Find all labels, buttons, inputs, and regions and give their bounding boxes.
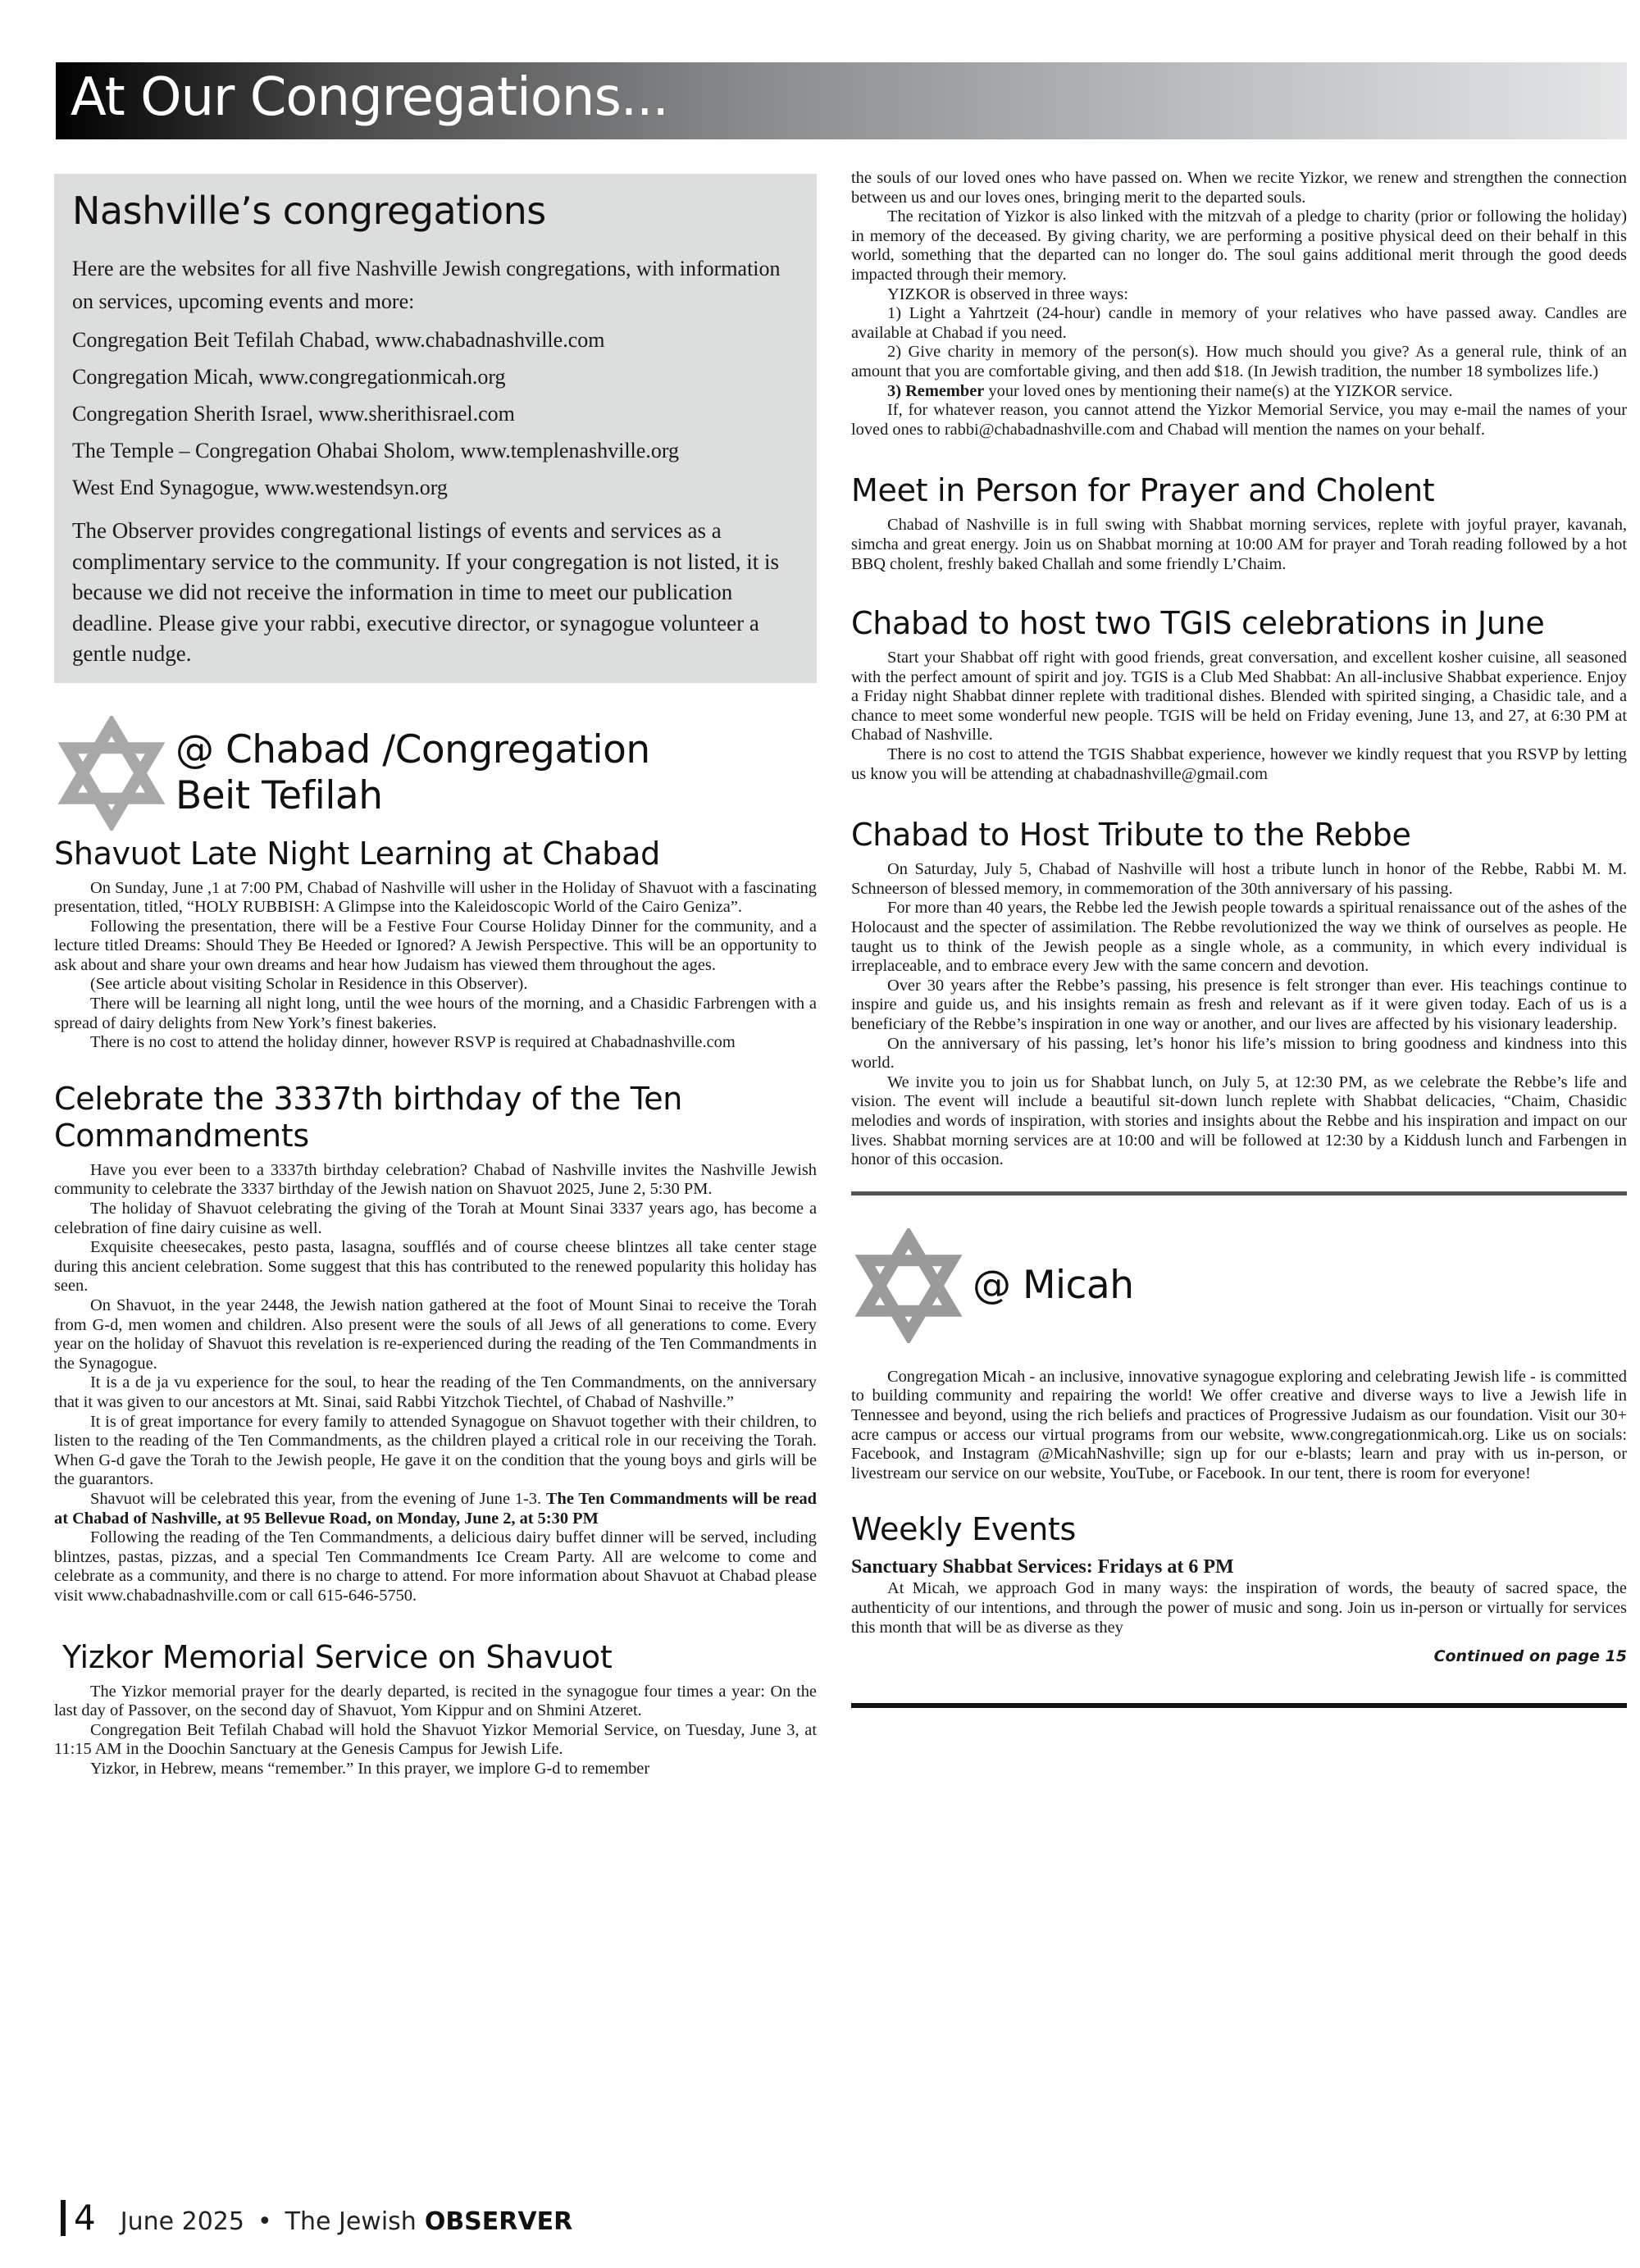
- paragraph: Yizkor, in Hebrew, means “remember.” In …: [54, 1760, 817, 1779]
- article-yizkor: Yizkor Memorial Service on Shavuot The Y…: [54, 1639, 817, 1779]
- micah-intro: Congregation Micah - an inclusive, innov…: [851, 1368, 1627, 1484]
- paragraph-text: your loved ones by mentioning their name…: [984, 382, 1452, 400]
- paragraph: 2) Give charity in memory of the person(…: [851, 343, 1627, 381]
- star-of-david-icon: [851, 1228, 966, 1343]
- paragraph: It is a de ja vu experience for the soul…: [54, 1373, 817, 1412]
- issue-date: June 2025: [121, 2207, 244, 2236]
- paragraph: Over 30 years after the Rebbe’s passing,…: [851, 977, 1627, 1035]
- chabad-section-title: @ Chabad /Congregation Beit Tefilah: [175, 727, 650, 819]
- footer-separator: •: [257, 2207, 272, 2236]
- paragraph: Following the presentation, there will b…: [54, 918, 817, 976]
- paragraph: We invite you to join us for Shabbat lun…: [851, 1073, 1627, 1170]
- sidebar-note: The Observer provides congregational lis…: [72, 516, 800, 670]
- paragraph: Following the reading of the Ten Command…: [54, 1528, 817, 1605]
- micah-weekly-events: Weekly Events Sanctuary Shabbat Services…: [851, 1511, 1627, 1665]
- micah-section-header: @ Micah: [851, 1228, 1627, 1343]
- article-body: On Saturday, July 5, Chabad of Nashville…: [851, 860, 1627, 1170]
- star-of-david-icon: [54, 716, 169, 831]
- page-number: 4: [74, 2197, 96, 2238]
- article-title: Yizkor Memorial Service on Shavuot: [54, 1639, 817, 1676]
- paragraph: YIZKOR is observed in three ways:: [851, 285, 1627, 305]
- bottom-divider: [851, 1703, 1627, 1708]
- paragraph: Have you ever been to a 3337th birthday …: [54, 1161, 817, 1200]
- paragraph: For more than 40 years, the Rebbe led th…: [851, 899, 1627, 976]
- congregation-item[interactable]: Congregation Beit Tefilah Chabad, www.ch…: [72, 321, 800, 358]
- article-body: At Micah, we approach God in many ways: …: [851, 1579, 1627, 1637]
- paragraph: If, for whatever reason, you cannot atte…: [851, 401, 1627, 439]
- paragraph: Congregation Micah - an inclusive, innov…: [851, 1368, 1627, 1484]
- paragraph: The holiday of Shavuot celebrating the g…: [54, 1200, 817, 1238]
- article-title: Chabad to host two TGIS celebrations in …: [851, 605, 1627, 642]
- congregation-item[interactable]: West End Synagogue, www.westendsyn.org: [72, 469, 800, 506]
- paragraph: Chabad of Nashville is in full swing wit…: [851, 516, 1627, 574]
- page-footer: 4 June 2025 • The Jewish OBSERVER: [61, 2197, 572, 2238]
- paragraph: 3) Remember your loved ones by mentionin…: [851, 382, 1627, 402]
- paragraph: There is no cost to attend the TGIS Shab…: [851, 745, 1627, 784]
- sidebar-intro: Here are the websites for all five Nashv…: [72, 253, 800, 318]
- article-body: Congregation Micah - an inclusive, innov…: [851, 1368, 1627, 1484]
- article-body: Have you ever been to a 3337th birthday …: [54, 1161, 817, 1606]
- section-divider: [851, 1191, 1627, 1195]
- article-yizkor-continued: the souls of our loved ones who have pas…: [851, 169, 1627, 439]
- paragraph: On Sunday, June ,1 at 7:00 PM, Chabad of…: [54, 879, 817, 918]
- article-title: Meet in Person for Prayer and Cholent: [851, 472, 1627, 509]
- paragraph: Congregation Beit Tefilah Chabad will ho…: [54, 1721, 817, 1760]
- paragraph: (See article about visiting Scholar in R…: [54, 975, 817, 995]
- paragraph: the souls of our loved ones who have pas…: [851, 169, 1627, 207]
- paragraph: There will be learning all night long, u…: [54, 995, 817, 1033]
- chabad-section-header: @ Chabad /Congregation Beit Tefilah: [54, 716, 817, 831]
- article-rebbe-tribute: Chabad to Host Tribute to the Rebbe On S…: [851, 817, 1627, 1170]
- article-body: On Sunday, June ,1 at 7:00 PM, Chabad of…: [54, 879, 817, 1053]
- article-body: The Yizkor memorial prayer for the dearl…: [54, 1683, 817, 1779]
- paragraph: 1) Light a Yahrtzeit (24-hour) candle in…: [851, 304, 1627, 343]
- article-body: the souls of our loved ones who have pas…: [851, 169, 1627, 439]
- publication-prefix: The Jewish: [285, 2207, 417, 2236]
- congregation-item[interactable]: The Temple – Congregation Ohabai Sholom,…: [72, 432, 800, 469]
- banner-title: At Our Congregations...: [71, 67, 668, 128]
- paragraph: Shavuot will be celebrated this year, fr…: [54, 1490, 817, 1528]
- congregation-item[interactable]: Congregation Micah, www.congregationmica…: [72, 358, 800, 395]
- paragraph: There is no cost to attend the holiday d…: [54, 1033, 817, 1053]
- article-title: Celebrate the 3337th birthday of the Ten…: [54, 1081, 817, 1154]
- article-shavuot-learning: Shavuot Late Night Learning at Chabad On…: [54, 836, 817, 1053]
- paragraph: On Saturday, July 5, Chabad of Nashville…: [851, 860, 1627, 899]
- article-title: Chabad to Host Tribute to the Rebbe: [851, 817, 1627, 854]
- article-title: Weekly Events: [851, 1511, 1627, 1548]
- left-column: Nashville’s congregations Here are the w…: [54, 174, 817, 1778]
- section-banner: At Our Congregations...: [56, 62, 1627, 139]
- chabad-title-line2: Beit Tefilah: [175, 773, 650, 819]
- chabad-title-line1: @ Chabad /Congregation: [175, 727, 650, 773]
- paragraph-bold-text: 3) Remember: [887, 382, 984, 400]
- paragraph: It is of great importance for every fami…: [54, 1413, 817, 1490]
- micah-section-title: @ Micah: [973, 1263, 1133, 1309]
- paragraph: Start your Shabbat off right with good f…: [851, 649, 1627, 745]
- article-body: Chabad of Nashville is in full swing wit…: [851, 516, 1627, 574]
- paragraph: The recitation of Yizkor is also linked …: [851, 207, 1627, 285]
- congregations-sidebar: Nashville’s congregations Here are the w…: [54, 174, 817, 683]
- paragraph: Exquisite cheesecakes, pesto pasta, lasa…: [54, 1238, 817, 1296]
- article-body: Start your Shabbat off right with good f…: [851, 649, 1627, 784]
- congregation-list: Congregation Beit Tefilah Chabad, www.ch…: [72, 321, 800, 506]
- paragraph: The Yizkor memorial prayer for the dearl…: [54, 1683, 817, 1721]
- paragraph: On Shavuot, in the year 2448, the Jewish…: [54, 1296, 817, 1373]
- congregation-item[interactable]: Congregation Sherith Israel, www.sherith…: [72, 395, 800, 432]
- article-tgis: Chabad to host two TGIS celebrations in …: [851, 605, 1627, 784]
- sidebar-title: Nashville’s congregations: [72, 189, 800, 233]
- paragraph-text: Shavuot will be celebrated this year, fr…: [90, 1490, 546, 1508]
- footer-bar: [61, 2200, 66, 2236]
- paragraph: At Micah, we approach God in many ways: …: [851, 1579, 1627, 1637]
- paragraph: On the anniversary of his passing, let’s…: [851, 1035, 1627, 1073]
- publication-name: OBSERVER: [425, 2207, 572, 2236]
- article-ten-commandments: Celebrate the 3337th birthday of the Ten…: [54, 1081, 817, 1606]
- continued-link[interactable]: Continued on page 15: [851, 1647, 1627, 1665]
- article-prayer-cholent: Meet in Person for Prayer and Cholent Ch…: [851, 472, 1627, 574]
- right-column: the souls of our loved ones who have pas…: [851, 169, 1627, 1708]
- article-title: Shavuot Late Night Learning at Chabad: [54, 836, 817, 872]
- event-subheading: Sanctuary Shabbat Services: Fridays at 6…: [851, 1555, 1627, 1579]
